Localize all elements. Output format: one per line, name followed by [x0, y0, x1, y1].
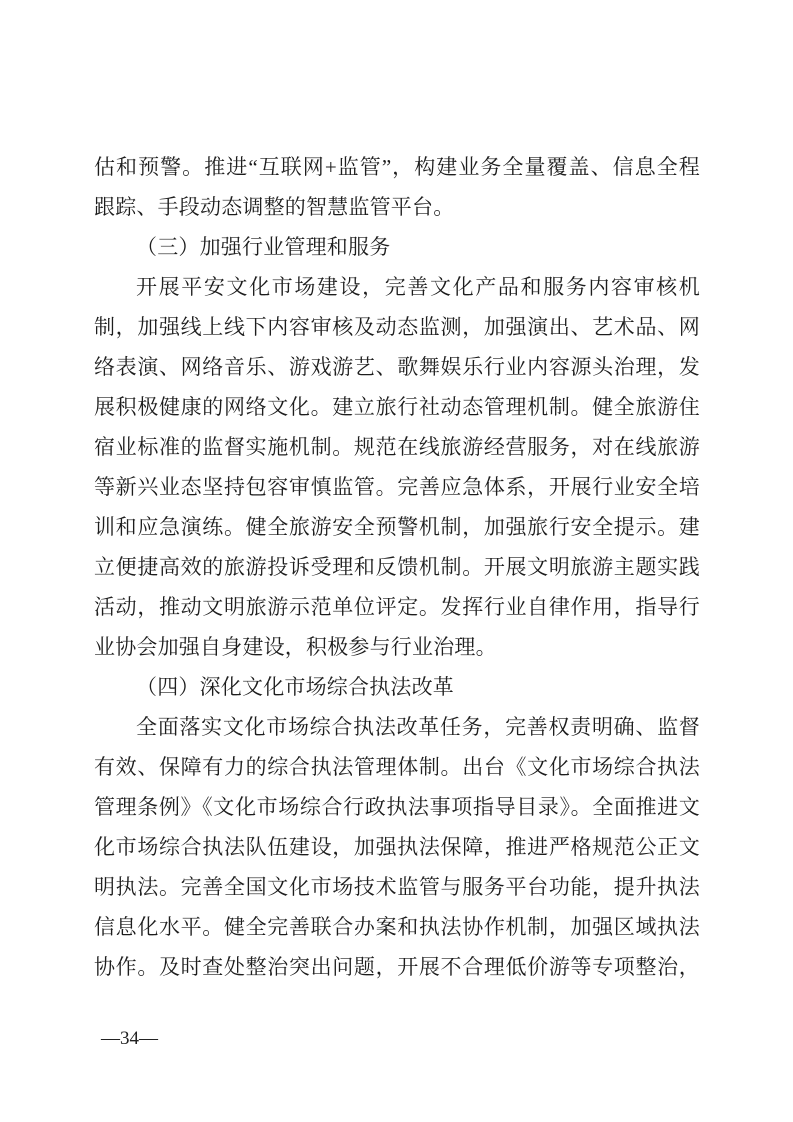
- text-line: 全面落实文化市场综合执法改革任务，完善权责明确、监督: [94, 707, 700, 747]
- text-line: 立便捷高效的旅游投诉受理和反馈机制。开展文明旅游主题实践: [94, 547, 700, 587]
- text-line: 协作。及时查处整治突出问题，开展不合理低价游等专项整治，: [94, 947, 700, 987]
- text-line: 等新兴业态坚持包容审慎监管。完善应急体系，开展行业安全培: [94, 467, 700, 507]
- text-line: 业协会加强自身建设，积极参与行业治理。: [94, 627, 700, 667]
- text-line: 活动，推动文明旅游示范单位评定。发挥行业自律作用，指导行: [94, 587, 700, 627]
- text-line: 信息化水平。健全完善联合办案和执法协作机制，加强区域执法: [94, 907, 700, 947]
- document-body: 估和预警。推进“互联网+监管”，构建业务全量覆盖、信息全程 跟踪、手段动态调整的…: [94, 147, 700, 987]
- text-line: 估和预警。推进“互联网+监管”，构建业务全量覆盖、信息全程: [94, 147, 700, 187]
- text-line: 制，加强线上线下内容审核及动态监测，加强演出、艺术品、网: [94, 307, 700, 347]
- text-line: 跟踪、手段动态调整的智慧监管平台。: [94, 187, 700, 227]
- text-line: 宿业标准的监督实施机制。规范在线旅游经营服务，对在线旅游: [94, 427, 700, 467]
- text-line: 训和应急演练。健全旅游安全预警机制，加强旅行安全提示。建: [94, 507, 700, 547]
- text-line: 展积极健康的网络文化。建立旅行社动态管理机制。健全旅游住: [94, 387, 700, 427]
- document-page: 估和预警。推进“互联网+监管”，构建业务全量覆盖、信息全程 跟踪、手段动态调整的…: [0, 0, 793, 1122]
- text-line: 络表演、网络音乐、游戏游艺、歌舞娱乐行业内容源头治理，发: [94, 347, 700, 387]
- section-heading: （三）加强行业管理和服务: [94, 227, 700, 267]
- text-line: 明执法。完善全国文化市场技术监管与服务平台功能，提升执法: [94, 867, 700, 907]
- text-line: 管理条例》《文化市场综合行政执法事项指导目录》。全面推进文: [94, 787, 700, 827]
- text-line: 有效、保障有力的综合执法管理体制。出台《文化市场综合执法: [94, 747, 700, 787]
- page-number: —34—: [101, 1028, 158, 1050]
- text-line: 化市场综合执法队伍建设，加强执法保障，推进严格规范公正文: [94, 827, 700, 867]
- text-line: 开展平安文化市场建设，完善文化产品和服务内容审核机: [94, 267, 700, 307]
- section-heading: （四）深化文化市场综合执法改革: [94, 667, 700, 707]
